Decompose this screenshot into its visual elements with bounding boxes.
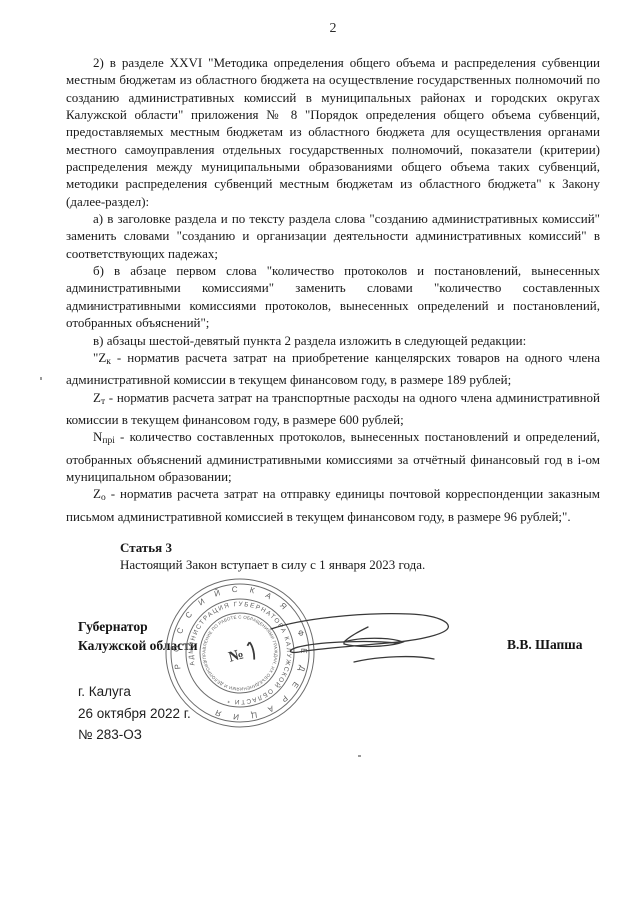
paragraph-item-v: в) абзацы шестой-девятый пункта 2 раздел… bbox=[66, 332, 600, 349]
formula-paragraph-zk: "Zк - норматив расчета затрат на приобре… bbox=[66, 349, 600, 389]
paragraph-section-2: 2) в разделе XXVI "Методика определения … bbox=[66, 54, 600, 210]
signer-name: В.В. Шапша bbox=[507, 637, 582, 653]
footer-date: 26 октября 2022 г. bbox=[78, 703, 191, 725]
paragraph-item-a: а) в заголовке раздела и по тексту разде… bbox=[66, 210, 600, 262]
formula-term: N bbox=[93, 429, 102, 444]
formula-definition: - норматив расчета затрат на транспортны… bbox=[66, 390, 600, 427]
formula-definition: - количество составленных протоколов, вы… bbox=[66, 429, 600, 484]
formula-paragraph-zo: Zо - норматив расчета затрат на отправку… bbox=[66, 485, 600, 525]
signature-underline bbox=[354, 657, 434, 662]
scan-speck bbox=[93, 306, 96, 310]
signature-svg bbox=[270, 585, 470, 675]
formula-term: Z bbox=[93, 390, 101, 405]
footer-block: г. Калуга 26 октября 2022 г. № 283-ОЗ bbox=[78, 681, 191, 746]
formula-paragraph-npri: Nпрi - количество составленных протоколо… bbox=[66, 428, 600, 485]
formula-term: Z bbox=[93, 486, 101, 501]
stamp-number-sign: № bbox=[227, 646, 246, 665]
article-3-block: Статья 3 Настоящий Закон вступает в силу… bbox=[120, 539, 600, 574]
stamp-handwritten-number bbox=[247, 642, 256, 661]
formula-definition: - норматив расчета затрат на приобретени… bbox=[66, 350, 600, 387]
formula-subscript: прi bbox=[102, 436, 114, 446]
scan-speck bbox=[358, 755, 361, 757]
handwritten-signature bbox=[270, 585, 470, 675]
footer-document-number: № 283-ОЗ bbox=[78, 724, 191, 746]
document-body: 2) в разделе XXVI "Методика определения … bbox=[66, 54, 600, 574]
formula-paragraph-zt: Zт - норматив расчета затрат на транспор… bbox=[66, 389, 600, 429]
footer-city: г. Калуга bbox=[78, 681, 191, 703]
formula-definition: - норматив расчета затрат на отправку ед… bbox=[66, 486, 600, 523]
scan-speck bbox=[40, 377, 42, 380]
paragraph-item-b: б) в абзаце первом слова "количество про… bbox=[66, 262, 600, 331]
article-heading: Статья 3 bbox=[120, 539, 600, 556]
document-page: 2 2) в разделе XXVI "Методика определени… bbox=[0, 0, 640, 905]
page-number: 2 bbox=[66, 21, 600, 37]
article-text: Настоящий Закон вступает в силу с 1 янва… bbox=[120, 556, 600, 573]
